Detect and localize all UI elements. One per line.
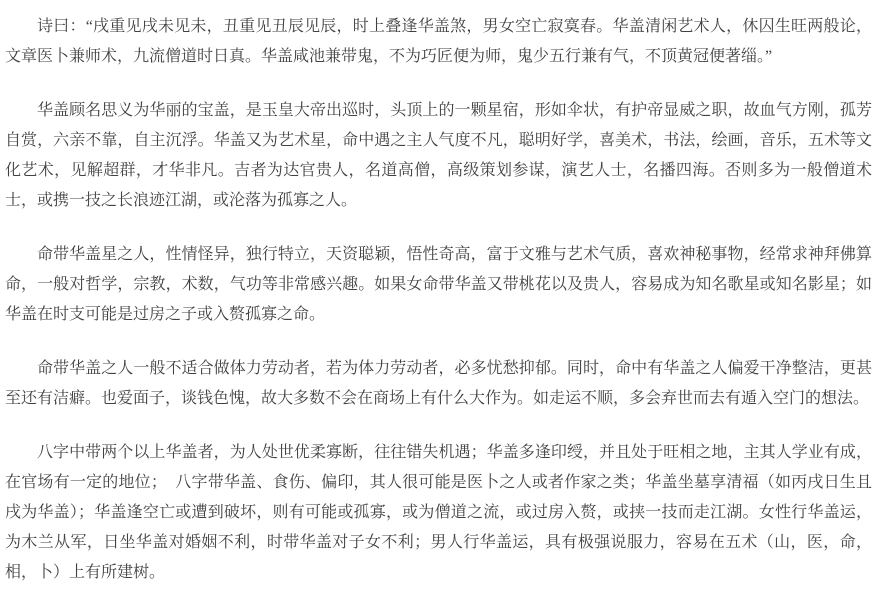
paragraph-poem: 诗曰：“戌重见戌未见未，丑重见丑辰见辰，时上叠逢华盖煞，男女空亡寂寞春。华盖清闲… [5,12,872,72]
document-body: 诗曰：“戌重见戌未见未，丑重见丑辰见辰，时上叠逢华盖煞，男女空亡寂寞春。华盖清闲… [0,0,878,614]
page: { "page": { "background_color": "#ffffff… [0,0,878,614]
paragraph-bazi-analysis: 八字中带两个以上华盖者，为人处世优柔寡断，往往错失机遇；华盖多逢印绶，并且处于旺… [5,438,872,588]
paragraph-huagai-intro: 华盖顾名思义为华丽的宝盖，是玉皇大帝出巡时，头顶上的一颗星宿，形如伞状，有护帝显… [5,96,872,216]
paragraph-labor-cleanliness: 命带华盖之人一般不适合做体力劳动者，若为体力劳动者，必多忧愁抑郁。同时，命中有华… [5,354,872,414]
paragraph-personality: 命带华盖星之人，性情怪异，独行特立，天资聪颖，悟性奇高，富于文雅与艺术气质，喜欢… [5,240,872,330]
